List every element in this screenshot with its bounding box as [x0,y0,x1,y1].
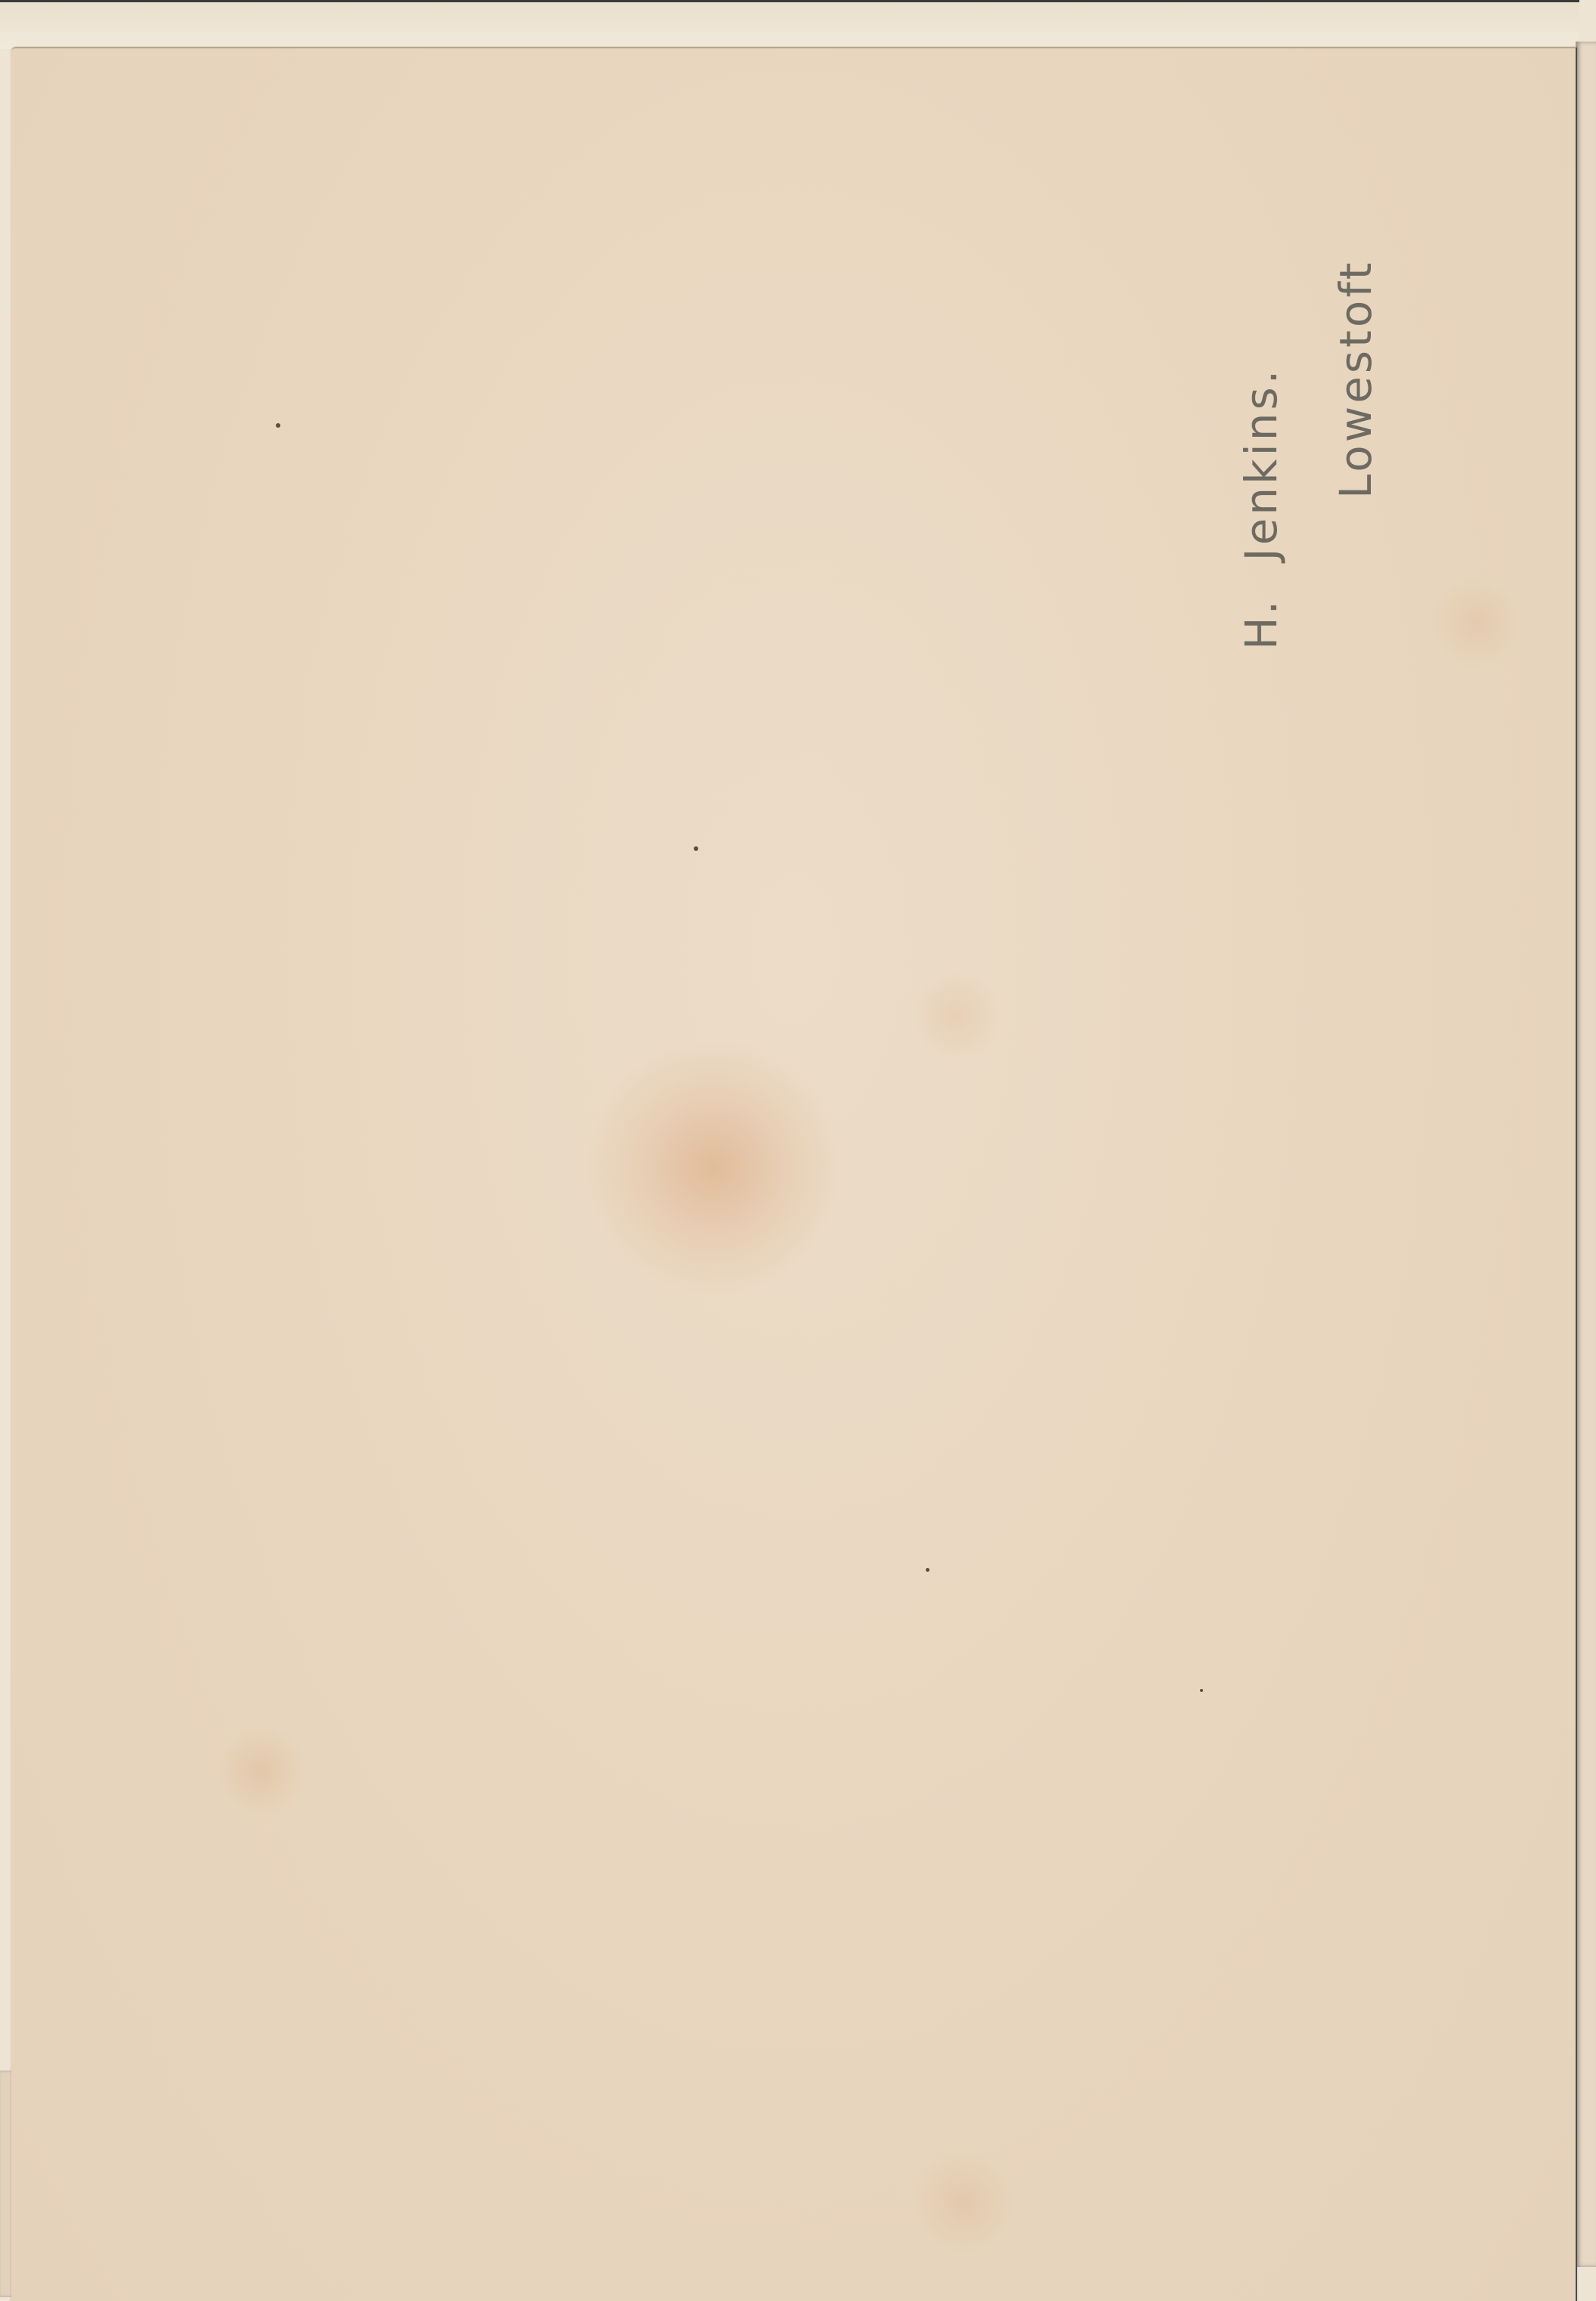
top-paper-edge [0,0,1579,49]
sender-town-stamp: Lowestoft [1330,260,1381,499]
paper-speck [1200,1689,1203,1692]
paper-speck [926,1568,929,1572]
sender-name-stamp: H. Jenkins. [1236,367,1287,650]
paper-speck [276,423,280,428]
paper-speck [694,846,698,851]
right-paper-edge [1576,42,1596,2267]
